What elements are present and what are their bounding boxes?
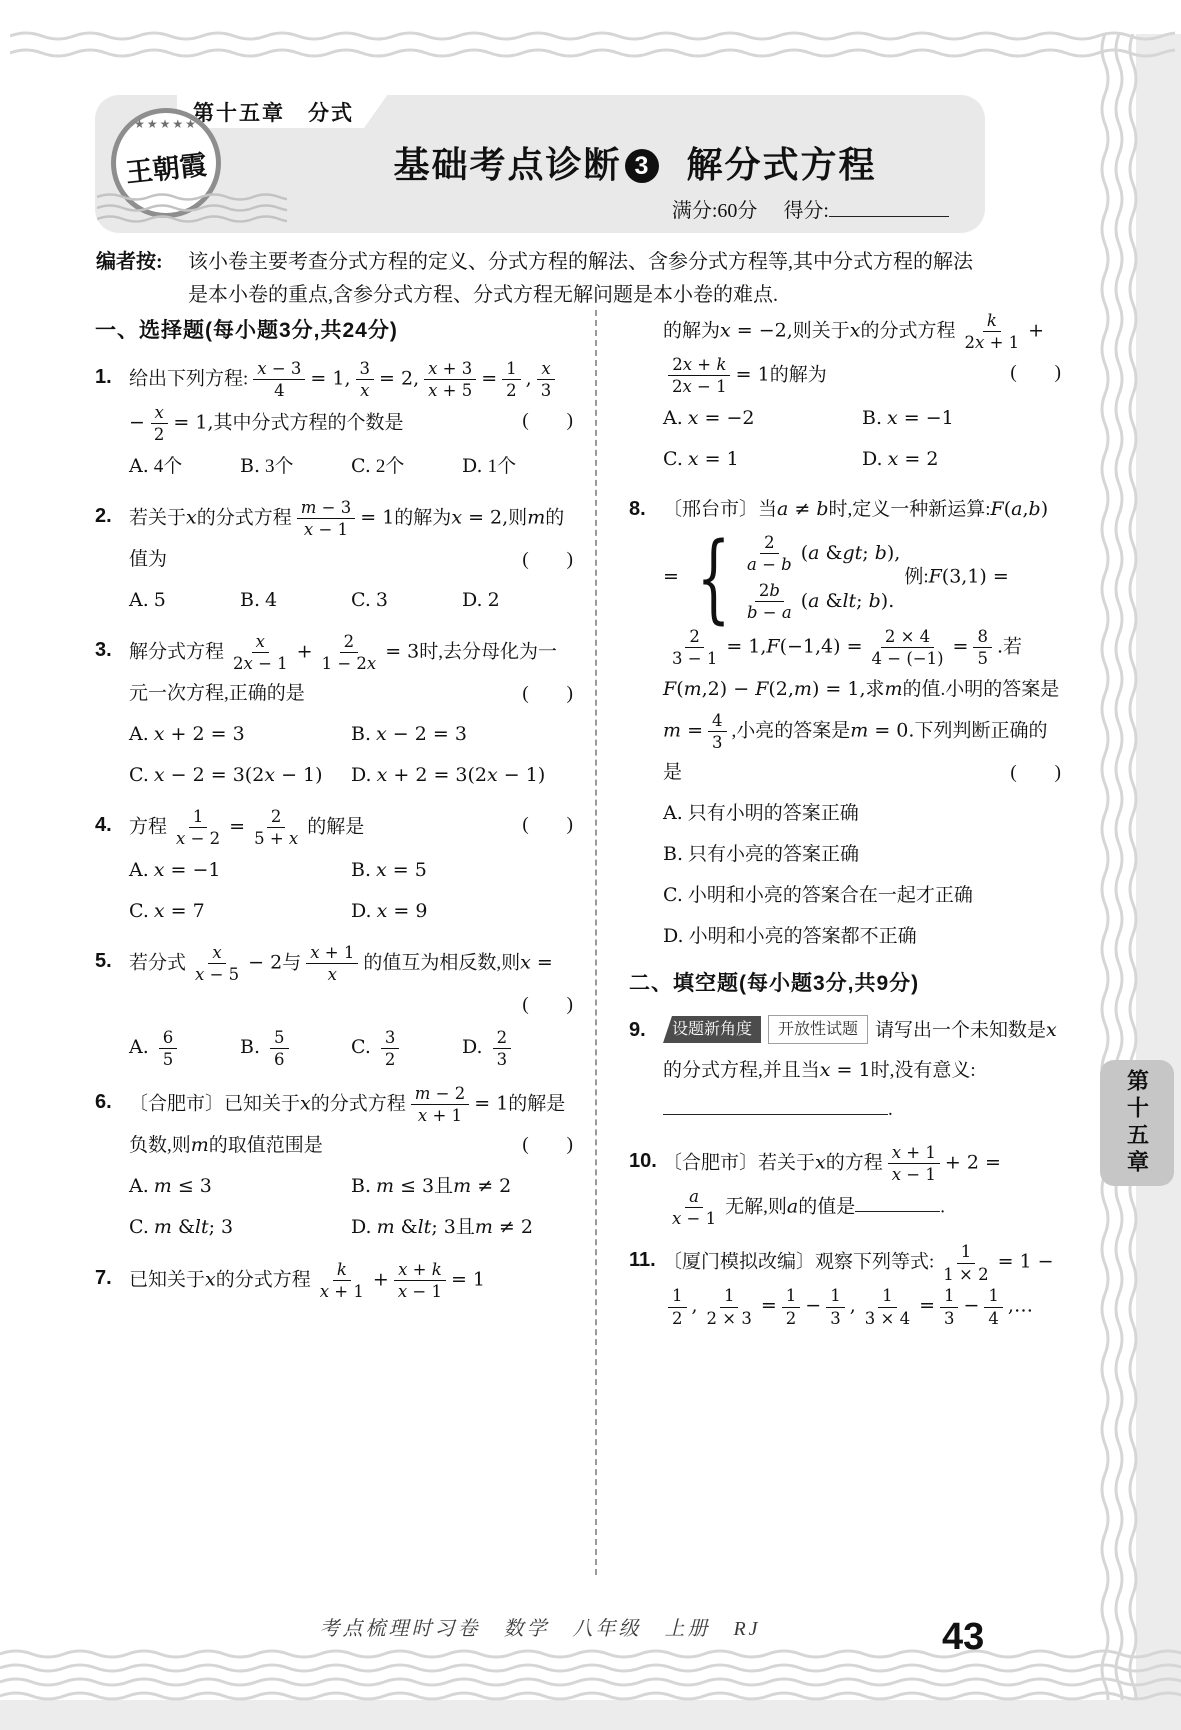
stem-text: 的方程 [826,1152,883,1173]
question-number: 4. [95,806,129,930]
stem-text: 4个 [154,456,183,477]
option-C: C.x = 7 [129,893,351,930]
question-number: 3. [95,631,129,794]
option-label: D. [351,764,372,786]
option-label: B. [240,455,260,477]
math-text: m = 0. [850,719,914,741]
math-text: x = 1 [688,448,739,470]
stem-text: 〔合肥市〕若关于 [663,1152,815,1173]
fraction: 12 × 3 [703,1285,756,1329]
math-text: x = −1 [887,407,954,429]
options: A.只有小明的答案正确B.只有小亮的答案正确C.小明和小亮的答案合在一起才正确D… [663,795,1061,955]
fraction: 14 [984,1285,1003,1329]
editor-note-text: 该小卷主要考查分式方程的定义、分式方程的解法、含参分式方程等,其中分式方程的解法… [188,251,973,306]
option-B: B.4 [240,582,351,619]
math-text: − 2 [248,951,282,973]
question-5: 5.若分式xx − 5− 2与x + 1x的值互为相反数,则x =( )A.65… [95,942,573,1071]
answer-blank [855,1192,940,1212]
math-text: ,… [1008,1295,1033,1317]
stem-text: 的值是 [798,1196,855,1217]
question-4: 4.方程1x − 2=25 + x的解是( )A.x = −1B.x = 5C.… [95,806,573,930]
chapter-side-tab-label: 第十五章 [1122,1069,1153,1177]
fraction: 43 [708,710,727,754]
fraction: x − 34 [253,358,305,402]
content-columns: 一、选择题(每小题3分,共24分)1.给出下列方程:x − 34= 1,3x= … [95,310,1061,1575]
stem-text: 〔厦门模拟改编〕观察下列等式: [663,1252,934,1273]
option-label: A. [129,1036,149,1058]
math-text: m = [663,719,703,741]
option-label: D. [351,1216,372,1238]
math-text: m ≠ 2 [453,1175,511,1197]
math-text: x + 2 = 3(2x − 1) [377,764,546,786]
option-label: C. [129,764,149,786]
question-8: 8.〔邢台市〕当a ≠ b时,定义一种新运算:F(a,b) ={2a − b(a… [629,490,1061,955]
options: A.x + 2 = 3B.x − 2 = 3C.x − 2 = 3(2x − 1… [129,716,573,794]
stem-text: 若分式 [129,952,186,973]
option-label: C. [351,1036,371,1058]
top-wave-decoration [10,26,1175,74]
question-6: 6.〔合肥市〕已知关于x的分式方程m − 2x + 1= 1的解是负数,则m的取… [95,1083,573,1247]
option-D: D.2 [462,582,573,619]
fraction: 12 [502,358,521,402]
question-stem: 〔邢台市〕当a ≠ b时,定义一种新运算:F(a,b) ={2a − b(a &… [663,490,1061,793]
stem-text: 且 [456,1217,475,1238]
option-D: D.小明和小亮的答案都不正确 [663,918,1061,955]
options: A.m ≤ 3B.m ≤ 3且m ≠ 2C.m &lt; 3D.m &lt; 3… [129,1168,573,1246]
stem-text: 〔邢台市〕当 [663,499,777,520]
fraction: xx − 5 [191,942,243,986]
stem-text: 无解,则 [725,1196,787,1217]
option-B: B.x − 2 = 3 [351,716,573,753]
fraction: 85 [973,626,992,670]
math-text: = [953,635,969,657]
math-text: x + 2 = 3 [154,723,245,745]
question-number: 6. [95,1083,129,1247]
answer-paren: ( ) [522,541,573,580]
math-text: x = −1 [154,859,221,881]
stem-text: 2个 [376,456,405,477]
score-blank [829,197,949,217]
stem-text: 的分式方程 [216,1269,311,1290]
stem-text: 3个 [265,456,294,477]
math-text: x [300,1092,311,1114]
option-label: B. [351,1175,371,1197]
option-label: D. [462,455,483,477]
math-text: (a &gt; b), [801,534,901,573]
question-stem: 设题新角度开放性试题请写出一个未知数是x的分式方程,并且当x = 1时,没有意义… [663,1011,1061,1130]
full-score-label: 满分:60分 [672,200,758,222]
math-text: = 1, [310,367,350,389]
question-number: 2. [95,497,129,619]
question-stem: 已知关于x的分式方程kx + 1+x + kx − 1= 1 [129,1259,573,1303]
question-stem: 方程1x − 2=25 + x的解是( ) [129,806,573,850]
fraction: 2a − b [743,532,796,576]
stem-text: 求 [866,679,885,700]
question-number: 5. [95,942,129,1071]
math-text: = 1, [173,411,213,433]
stem-text: 的值互为相反数,则 [363,952,520,973]
math-text: x = 2 [888,448,939,470]
score-line: 满分:60分得分: [672,194,949,223]
option-A: A.65 [129,1027,240,1071]
math-text: + 2 = [945,1151,1001,1173]
option-label: C. [129,900,149,922]
question-11: 11.〔厦门模拟改编〕观察下列等式:11 × 2= 1 −12,12 × 3=1… [629,1241,1061,1329]
math-text: m [885,678,903,700]
stem-text: 的解为 [663,320,720,341]
math-text: F(m,2) − F(2,m) = 1, [663,678,866,700]
stem-text: 给出下列方程: [129,368,248,389]
fraction: 32 [381,1027,400,1071]
option-label: C. [663,448,683,470]
option-label: A. [663,802,683,824]
question-stem: 若分式xx − 5− 2与x + 1x的值互为相反数,则x =( ) [129,942,573,1025]
options: A.65B.56C.32D.23 [129,1027,573,1071]
math-text: 4 [265,589,277,611]
question-stem: 若关于x的分式方程m − 3x − 1= 1的解为x = 2,则m的值为( ) [129,497,573,580]
math-text: = [229,815,245,837]
fraction: x3 [537,358,556,402]
math-text: = 1,F(−1,4) = [726,635,862,657]
stem-text: 方程 [129,816,167,837]
stem-text: 〔合肥市〕已知关于 [129,1093,300,1114]
option-label: C. [129,1216,149,1238]
option-B: B.x = 5 [351,852,573,889]
option-label: A. [663,407,683,429]
question-stem: 解分式方程x2x − 1+21 − 2x= 3时,去分母化为一元一次方程,正确的… [129,631,573,714]
stem-text: 小明和小亮的答案合在一起才正确 [688,885,973,906]
question-number: 1. [95,358,129,485]
fraction: 3x [356,358,375,402]
math-text: + [373,1268,389,1290]
stem-text: ,小亮的答案是 [732,720,851,741]
question-number: 7. [95,1259,129,1303]
right-column: 的解为x = −2,则关于x的分式方程k2x + 1+2x + k2x − 1=… [595,310,1061,1575]
option-D: D.23 [462,1027,573,1071]
fraction: 12 [668,1285,687,1329]
bottom-wave-decoration [0,1646,1181,1704]
option-label: B. [351,723,371,745]
math-text: x [205,1268,216,1290]
math-text: − [963,1295,979,1317]
math-text: , [850,1295,856,1317]
option-D: D.x = 2 [862,441,1061,478]
math-text: − [805,1295,821,1317]
stem-text: 若关于 [129,507,186,528]
editor-note-label: 编者按: [96,246,188,279]
fraction: x2 [150,402,169,446]
stem-text: 只有小亮的答案正确 [688,844,859,865]
question-stem: 〔合肥市〕已知关于x的分式方程m − 2x + 1= 1的解是负数,则m的取值范… [129,1083,573,1167]
math-text: = 2, [379,367,419,389]
options: A.4个B.3个C.2个D.1个 [129,448,573,485]
circled-number-icon: 3 [625,149,659,183]
option-C: C.32 [351,1027,462,1071]
math-text: x = [520,951,553,973]
math-text: a ≠ b [777,498,829,520]
answer-paren: ( ) [522,402,573,441]
answer-blank [663,1095,888,1115]
math-text: x [850,319,861,341]
fraction: 25 + x [250,806,302,850]
options: A.5B.4C.3D.2 [129,582,573,619]
left-column: 一、选择题(每小题3分,共24分)1.给出下列方程:x − 34= 1,3x= … [95,310,573,1314]
option-C: C.x = 1 [663,441,862,478]
option-label: D. [862,448,883,470]
option-label: A. [129,723,149,745]
options: A.x = −2B.x = −1C.x = 1D.x = 2 [663,400,1061,478]
fraction: x + 1x − 1 [888,1142,940,1186]
stem-text: 的取值范围是 [209,1135,323,1156]
option-A: A.4个 [129,448,240,485]
question-number: 10. [629,1142,663,1230]
math-text: = 1 [474,1092,508,1114]
got-score-label: 得分: [783,200,829,222]
stem-text: 的分式方程,并且当 [663,1060,820,1081]
fraction: 65 [159,1027,178,1071]
answer-paren: ( ) [522,986,573,1025]
math-text: x = −2, [720,319,793,341]
stem-text: 时,定义一种新运算: [829,499,991,520]
workbook-page: 第十五章 第十五章 分式 ★★★★★ 王朝霞 基础考点诊断3解分式方程 满分:6… [0,0,1181,1730]
math-text: = [481,367,497,389]
option-C: C.2个 [351,448,462,485]
fraction: 12 [782,1285,801,1329]
stem-text: 与 [282,952,301,973]
fraction: 1x − 2 [172,806,224,850]
stem-text: 的分式方程 [197,507,292,528]
page-edge-bottom [0,1700,1181,1730]
question-stem: 给出下列方程:x − 34= 1,3x= 2,x + 3x + 5=12,x3−… [129,358,573,446]
option-label: C. [351,455,371,477]
badge-light: 开放性试题 [768,1015,868,1044]
math-text: m ≠ 2 [475,1216,533,1238]
math-text: = [919,1295,935,1317]
answer-paren: ( ) [522,1126,573,1165]
question-7: 7.已知关于x的分式方程kx + 1+x + kx − 1= 1 [95,1259,573,1303]
stem-text: 且 [434,1176,453,1197]
option-label: A. [129,589,149,611]
stem-text: 已知关于 [129,1269,205,1290]
math-text: m ≤ 3 [376,1175,434,1197]
fraction: 21 − 2x [318,631,381,675]
fraction: m − 2x + 1 [411,1083,469,1127]
page-title-suffix: 解分式方程 [687,144,877,185]
question-stem: 的解为x = −2,则关于x的分式方程k2x + 1+2x + k2x − 1=… [663,310,1061,398]
stem-text: 时,没有意义: [871,1060,976,1081]
question-2: 2.若关于x的分式方程m − 3x − 1= 1的解为x = 2,则m的值为( … [95,497,573,619]
math-text: x − 2 = 3 [376,723,467,745]
option-label: B. [663,843,683,865]
question-3: 3.解分式方程x2x − 1+21 − 2x= 3时,去分母化为一元一次方程,正… [95,631,573,794]
stem-text: 的分式方程 [861,320,956,341]
stem-text: 只有小明的答案正确 [688,803,859,824]
option-label: B. [240,1036,260,1058]
math-text: = 1 [736,363,770,385]
option-A: A.只有小明的答案正确 [663,795,1061,832]
math-text: x = 2, [451,506,508,528]
fraction: ax − 1 [668,1186,720,1230]
math-text: x = 5 [376,859,427,881]
math-text: x = 1 [820,1059,871,1081]
case-row: 2bb − a(a &lt; b). [738,580,900,624]
option-B: B.只有小亮的答案正确 [663,836,1061,873]
option-label: D. [351,900,372,922]
math-text: (a &lt; b). [801,582,895,621]
page-edge-right [1136,34,1181,1710]
fraction: 56 [270,1027,289,1071]
math-text: m [527,506,545,528]
piecewise-cases: {2a − b(a &gt; b),2bb − a(a &lt; b). [683,530,900,626]
math-text: = [761,1295,777,1317]
option-A: A.x + 2 = 3 [129,716,351,753]
math-text: + [297,640,313,662]
option-label: C. [663,884,683,906]
fraction: 13 [940,1285,959,1329]
stem-text: . [940,1196,945,1217]
question-continuation: 的解为x = −2,则关于x的分式方程k2x + 1+2x + k2x − 1=… [629,310,1061,478]
option-D: D.m &lt; 3且m ≠ 2 [351,1209,573,1246]
math-text: , [692,1295,698,1317]
math-text: x [186,506,197,528]
math-text: m &lt; 3 [377,1216,456,1238]
fraction: 23 [493,1027,512,1071]
stem-text: 请写出一个未知数是 [875,1020,1046,1041]
chapter-side-tab: 第十五章 [1100,1060,1174,1186]
math-text: x = −2 [688,407,755,429]
fraction: x2x − 1 [229,631,292,675]
stem-text: 的值.小明的答案是 [903,679,1060,700]
badge-dark: 设题新角度 [663,1016,761,1043]
answer-paren: ( ) [522,675,573,714]
math-text: , [526,367,532,389]
fraction: kx + 1 [316,1259,368,1303]
option-label: B. [862,407,882,429]
question-9: 9.设题新角度开放性试题请写出一个未知数是x的分式方程,并且当x = 1时,没有… [629,1011,1061,1130]
option-label: B. [240,589,260,611]
header-box: 第十五章 分式 ★★★★★ 王朝霞 基础考点诊断3解分式方程 满分:60分得分: [95,95,985,233]
option-label: A. [129,859,149,881]
footer-text: 考点梳理时习卷 数学 八年级 上册 RJ [95,1612,985,1641]
answer-paren: ( ) [1010,354,1061,393]
stem-text: 的解为 [394,507,451,528]
math-text: m [191,1134,209,1156]
math-text: 3 [376,589,388,611]
math-text: 2 [488,589,500,611]
math-text: x = 7 [154,900,205,922]
math-text: m ≤ 3 [154,1175,212,1197]
stem-text: 的分式方程 [311,1093,406,1114]
math-text: a [787,1195,798,1217]
option-B: B.3个 [240,448,351,485]
logo-stars-icon: ★★★★★ [116,117,216,132]
math-text: F(3,1) = [929,565,1009,587]
left-brace-icon: { [697,530,731,626]
question-10: 10.〔合肥市〕若关于x的方程x + 1x − 1+ 2 =ax − 1无解,则… [629,1142,1061,1230]
question-number: 11. [629,1241,663,1329]
editor-note: 编者按:该小卷主要考查分式方程的定义、分式方程的解法、含参分式方程等,其中分式方… [96,246,988,312]
header-wave-decoration [97,191,287,231]
fraction: 13 × 4 [861,1285,914,1329]
fraction: 2bb − a [743,580,796,624]
fraction: 11 × 2 [939,1241,992,1285]
option-C: C.x − 2 = 3(2x − 1) [129,757,351,794]
fraction: 13 [826,1285,845,1329]
right-wave-decoration [1096,34,1142,1700]
math-text: x [1046,1019,1057,1041]
option-label: A. [129,455,149,477]
option-label: D. [462,589,483,611]
option-label: B. [351,859,371,881]
question-1: 1.给出下列方程:x − 34= 1,3x= 2,x + 3x + 5=12,x… [95,358,573,485]
stem-text: 解分式方程 [129,641,224,662]
math-text: x [815,1151,826,1173]
option-A: A.5 [129,582,240,619]
fraction: x + 3x + 5 [424,358,476,402]
fraction: 2x + k2x − 1 [668,354,731,398]
page-title: 基础考点诊断3解分式方程 [305,137,965,188]
option-label: A. [129,1175,149,1197]
fraction: x + kx − 1 [394,1259,446,1303]
option-C: C.小明和小亮的答案合在一起才正确 [663,877,1061,914]
question-stem: 〔厦门模拟改编〕观察下列等式:11 × 2= 1 −12,12 × 3=12−1… [663,1241,1061,1329]
option-label: C. [351,589,371,611]
math-text: − [129,411,145,433]
question-number: 8. [629,490,663,955]
math-text: m &lt; 3 [154,1216,233,1238]
math-text: x − 2 = 3(2x − 1) [154,764,323,786]
math-text: x = 9 [377,900,428,922]
math-text: + [1028,319,1044,341]
fraction: 2 × 44 − (−1) [868,626,948,670]
option-label: D. [663,925,684,947]
options: A.x = −1B.x = 5C.x = 7D.x = 9 [129,852,573,930]
fraction: m − 3x − 1 [297,497,355,541]
stem-text: 则 [508,507,527,528]
stem-text: 的解是 [307,816,364,837]
option-C: C.3 [351,582,462,619]
answer-paren: ( ) [1010,754,1061,793]
option-D: D.x + 2 = 3(2x − 1) [351,757,573,794]
option-C: C.m &lt; 3 [129,1209,351,1246]
math-text: = 1 [451,1268,485,1290]
option-D: D.x = 9 [351,893,573,930]
math-text: = 1 [360,506,394,528]
section-title: 一、选择题(每小题3分,共24分) [95,314,573,344]
stem-text: . [888,1099,893,1120]
option-B: B.56 [240,1027,351,1071]
math-text: = 3 [385,640,419,662]
stem-text: 小明和小亮的答案都不正确 [689,926,917,947]
stem-text: 的解为 [770,364,827,385]
section-title: 二、填空题(每小题3分,共9分) [629,967,1061,997]
option-D: D.1个 [462,448,573,485]
math-text: = 1 − [998,1251,1054,1273]
option-A: A.x = −1 [129,852,351,889]
question-stem: 〔合肥市〕若关于x的方程x + 1x − 1+ 2 =ax − 1无解,则a的值… [663,1142,1061,1230]
question-number: 9. [629,1011,663,1130]
option-label: D. [462,1036,483,1058]
fraction: x + 1x [306,942,358,986]
option-B: B.x = −1 [862,400,1061,437]
logo-name: 王朝霞 [114,142,218,191]
question-number [629,310,663,478]
stem-text: 其中分式方程的个数是 [214,412,404,433]
stem-text: 例: [904,566,928,587]
math-text: 5 [154,589,166,611]
page-title-prefix: 基础考点诊断 [393,144,621,185]
fraction: k2x + 1 [961,310,1024,354]
